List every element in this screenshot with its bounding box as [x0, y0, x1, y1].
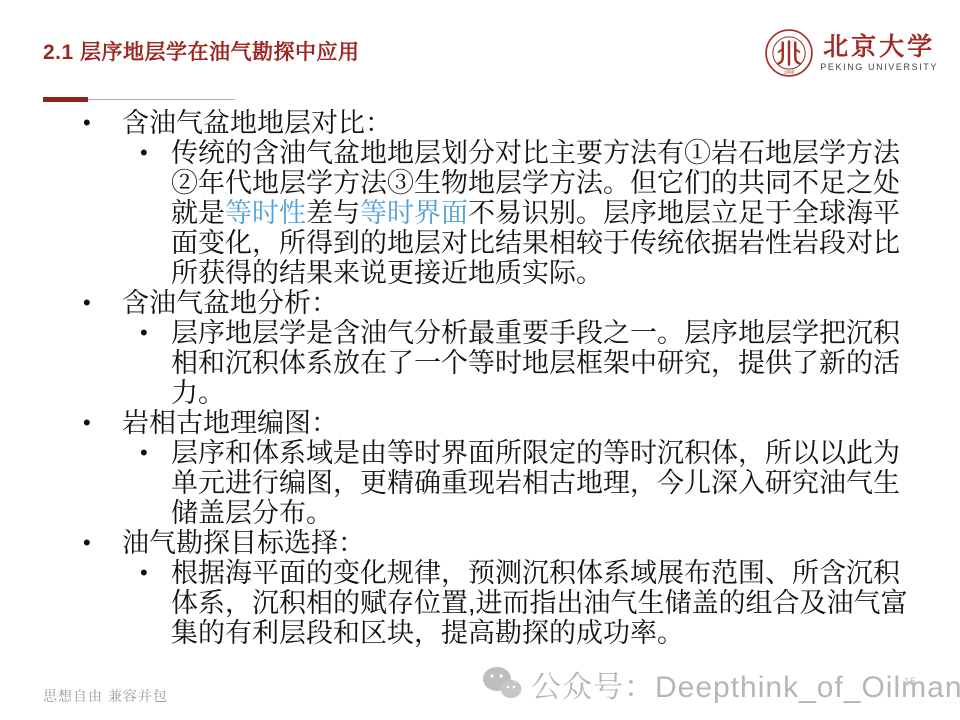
bullet-dot: • [83, 408, 122, 438]
bullet-dot: • [140, 438, 171, 468]
bullet-dot: • [140, 138, 171, 168]
bullet-text: 油气勘探目标选择： [122, 528, 911, 558]
bullet-item-level2: •层序地层学是含油气分析最重要手段之一。层序地层学把沉积相和沉积体系放在了一个等… [140, 318, 911, 408]
wechat-icon [481, 665, 523, 703]
bullet-item-level2: •传统的含油气盆地地层划分对比主要方法有①岩石地层学方法②年代地层学方法③生物地… [140, 138, 911, 288]
presentation-slide: 2.1 层序地层学在油气勘探中应用 1898 北京大学 PEKING UNIVE… [0, 0, 960, 720]
bullet-text: 含油气盆地分析： [122, 288, 911, 318]
highlighted-term: 等时界面 [360, 198, 468, 228]
bullet-text: 岩相古地理编图： [122, 408, 911, 438]
bullet-item-level1: •含油气盆地分析： [83, 288, 911, 318]
watermark: 公众号：Deepthink_of_Oilman_ [481, 662, 960, 706]
bullet-dot: • [140, 558, 171, 588]
bullet-item-level2: •层序和体系域是由等时界面所限定的等时沉积体，所以以此为单元进行编图，更精确重现… [140, 438, 911, 528]
bullet-text: 层序地层学是含油气分析最重要手段之一。层序地层学把沉积相和沉积体系放在了一个等时… [171, 318, 911, 408]
bullet-dot: • [140, 318, 171, 348]
watermark-text: 公众号：Deepthink_of_Oilman_ [531, 662, 960, 706]
page-number: 15 [904, 676, 916, 688]
footer-motto: 思想自由 兼容并包 [43, 686, 168, 706]
highlighted-term: 等时性 [225, 198, 306, 228]
bullet-dot: • [83, 288, 122, 318]
bullet-text: 含油气盆地地层对比： [122, 108, 911, 138]
bullet-dot: • [83, 528, 122, 558]
bullet-text: 层序和体系域是由等时界面所限定的等时沉积体，所以以此为单元进行编图，更精确重现岩… [171, 438, 911, 528]
logo-name-en: PEKING UNIVERSITY [820, 63, 938, 72]
bullet-item-level1: •岩相古地理编图： [83, 408, 911, 438]
bullet-list: •含油气盆地地层对比：•传统的含油气盆地地层划分对比主要方法有①岩石地层学方法②… [83, 108, 911, 648]
bullet-item-level1: •含油气盆地地层对比： [83, 108, 911, 138]
bullet-item-level2: •根据海平面的变化规律，预测沉积体系域展布范围、所含沉积体系，沉积相的赋存位置,… [140, 558, 911, 648]
university-logo: 1898 北京大学 PEKING UNIVERSITY [764, 28, 938, 78]
seal-year: 1898 [784, 69, 795, 74]
title-underline [43, 97, 235, 103]
bullet-text: 根据海平面的变化规律，预测沉积体系域展布范围、所含沉积体系，沉积相的赋存位置,进… [171, 558, 911, 648]
bullet-dot: • [83, 108, 122, 138]
slide-title: 2.1 层序地层学在油气勘探中应用 [43, 36, 360, 66]
title-underline-accent [43, 97, 88, 102]
logo-name-cn: 北京大学 [823, 34, 935, 59]
bullet-item-level1: •油气勘探目标选择： [83, 528, 911, 558]
pku-seal-icon: 1898 [764, 28, 814, 78]
bullet-text: 传统的含油气盆地地层划分对比主要方法有①岩石地层学方法②年代地层学方法③生物地层… [171, 138, 911, 288]
title-underline-line [88, 99, 235, 100]
